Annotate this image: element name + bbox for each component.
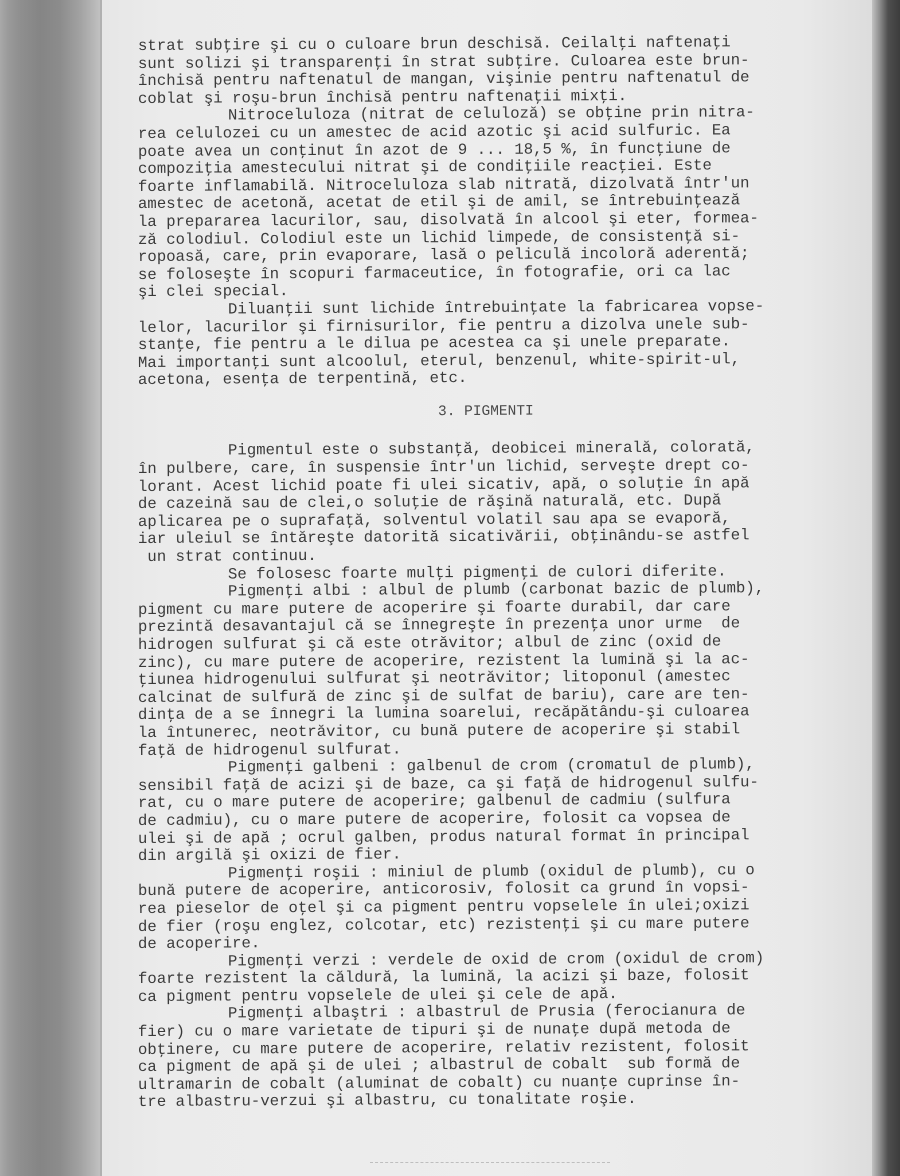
typewritten-text: strat subţire şi cu o culoare brun desch… xyxy=(138,38,868,1112)
paragraph: Diluanţii sunt lichide întrebuinţate la … xyxy=(138,302,868,390)
intro-paragraphs: strat subţire şi cu o culoare brun desch… xyxy=(138,38,868,390)
book-binding-left xyxy=(0,0,104,1176)
paragraph: Nitroceluloza (nitrat de celuloză) se ob… xyxy=(138,108,868,302)
paragraph: strat subţire şi cu o culoare brun desch… xyxy=(138,38,868,108)
paragraph: Pigmenţi roşii : miniul de plumb (oxidul… xyxy=(138,866,868,954)
book-binding-right xyxy=(872,0,900,1176)
paragraph: Pigmenţi verzi : verdele de oxid de crom… xyxy=(138,954,868,1007)
paragraph: Pigmentul este o substanţă, deobicei min… xyxy=(138,443,868,566)
pigments-section: Pigmentul este o substanţă, deobicei min… xyxy=(138,443,868,1112)
page-footer-rule xyxy=(370,1150,610,1163)
section-heading: 3. PIGMENTI xyxy=(138,401,868,423)
paragraph: Pigmenţi albi : albul de plumb (carbonat… xyxy=(138,584,868,760)
text-line: acetona, esenţa de terpentină, etc. xyxy=(138,368,868,390)
paragraph: Pigmenţi galbeni : galbenul de crom (cro… xyxy=(138,760,868,866)
text-line: tre albastru-verzui şi albastru, cu tona… xyxy=(138,1090,868,1112)
paragraph: Pigmenţi albaştri : albastrul de Prusia … xyxy=(138,1006,868,1112)
